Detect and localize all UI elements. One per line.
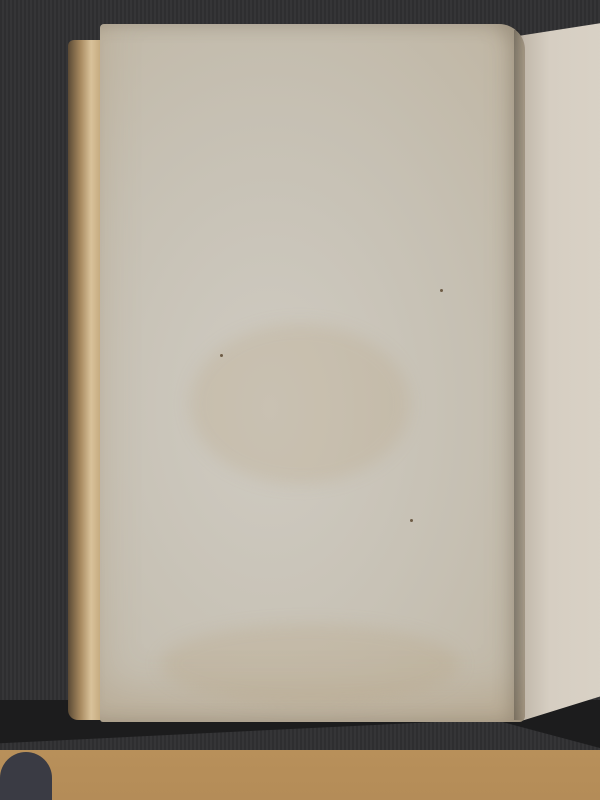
right-page (518, 22, 600, 722)
book-gutter (514, 30, 524, 720)
dark-object-corner (0, 752, 52, 800)
foxing-spot (410, 519, 413, 522)
left-blank-page (100, 24, 525, 722)
photo-scene (0, 0, 600, 800)
age-stain (160, 624, 460, 704)
foxing-spot (220, 354, 223, 357)
age-stain (190, 324, 410, 484)
foxing-spot (440, 289, 443, 292)
